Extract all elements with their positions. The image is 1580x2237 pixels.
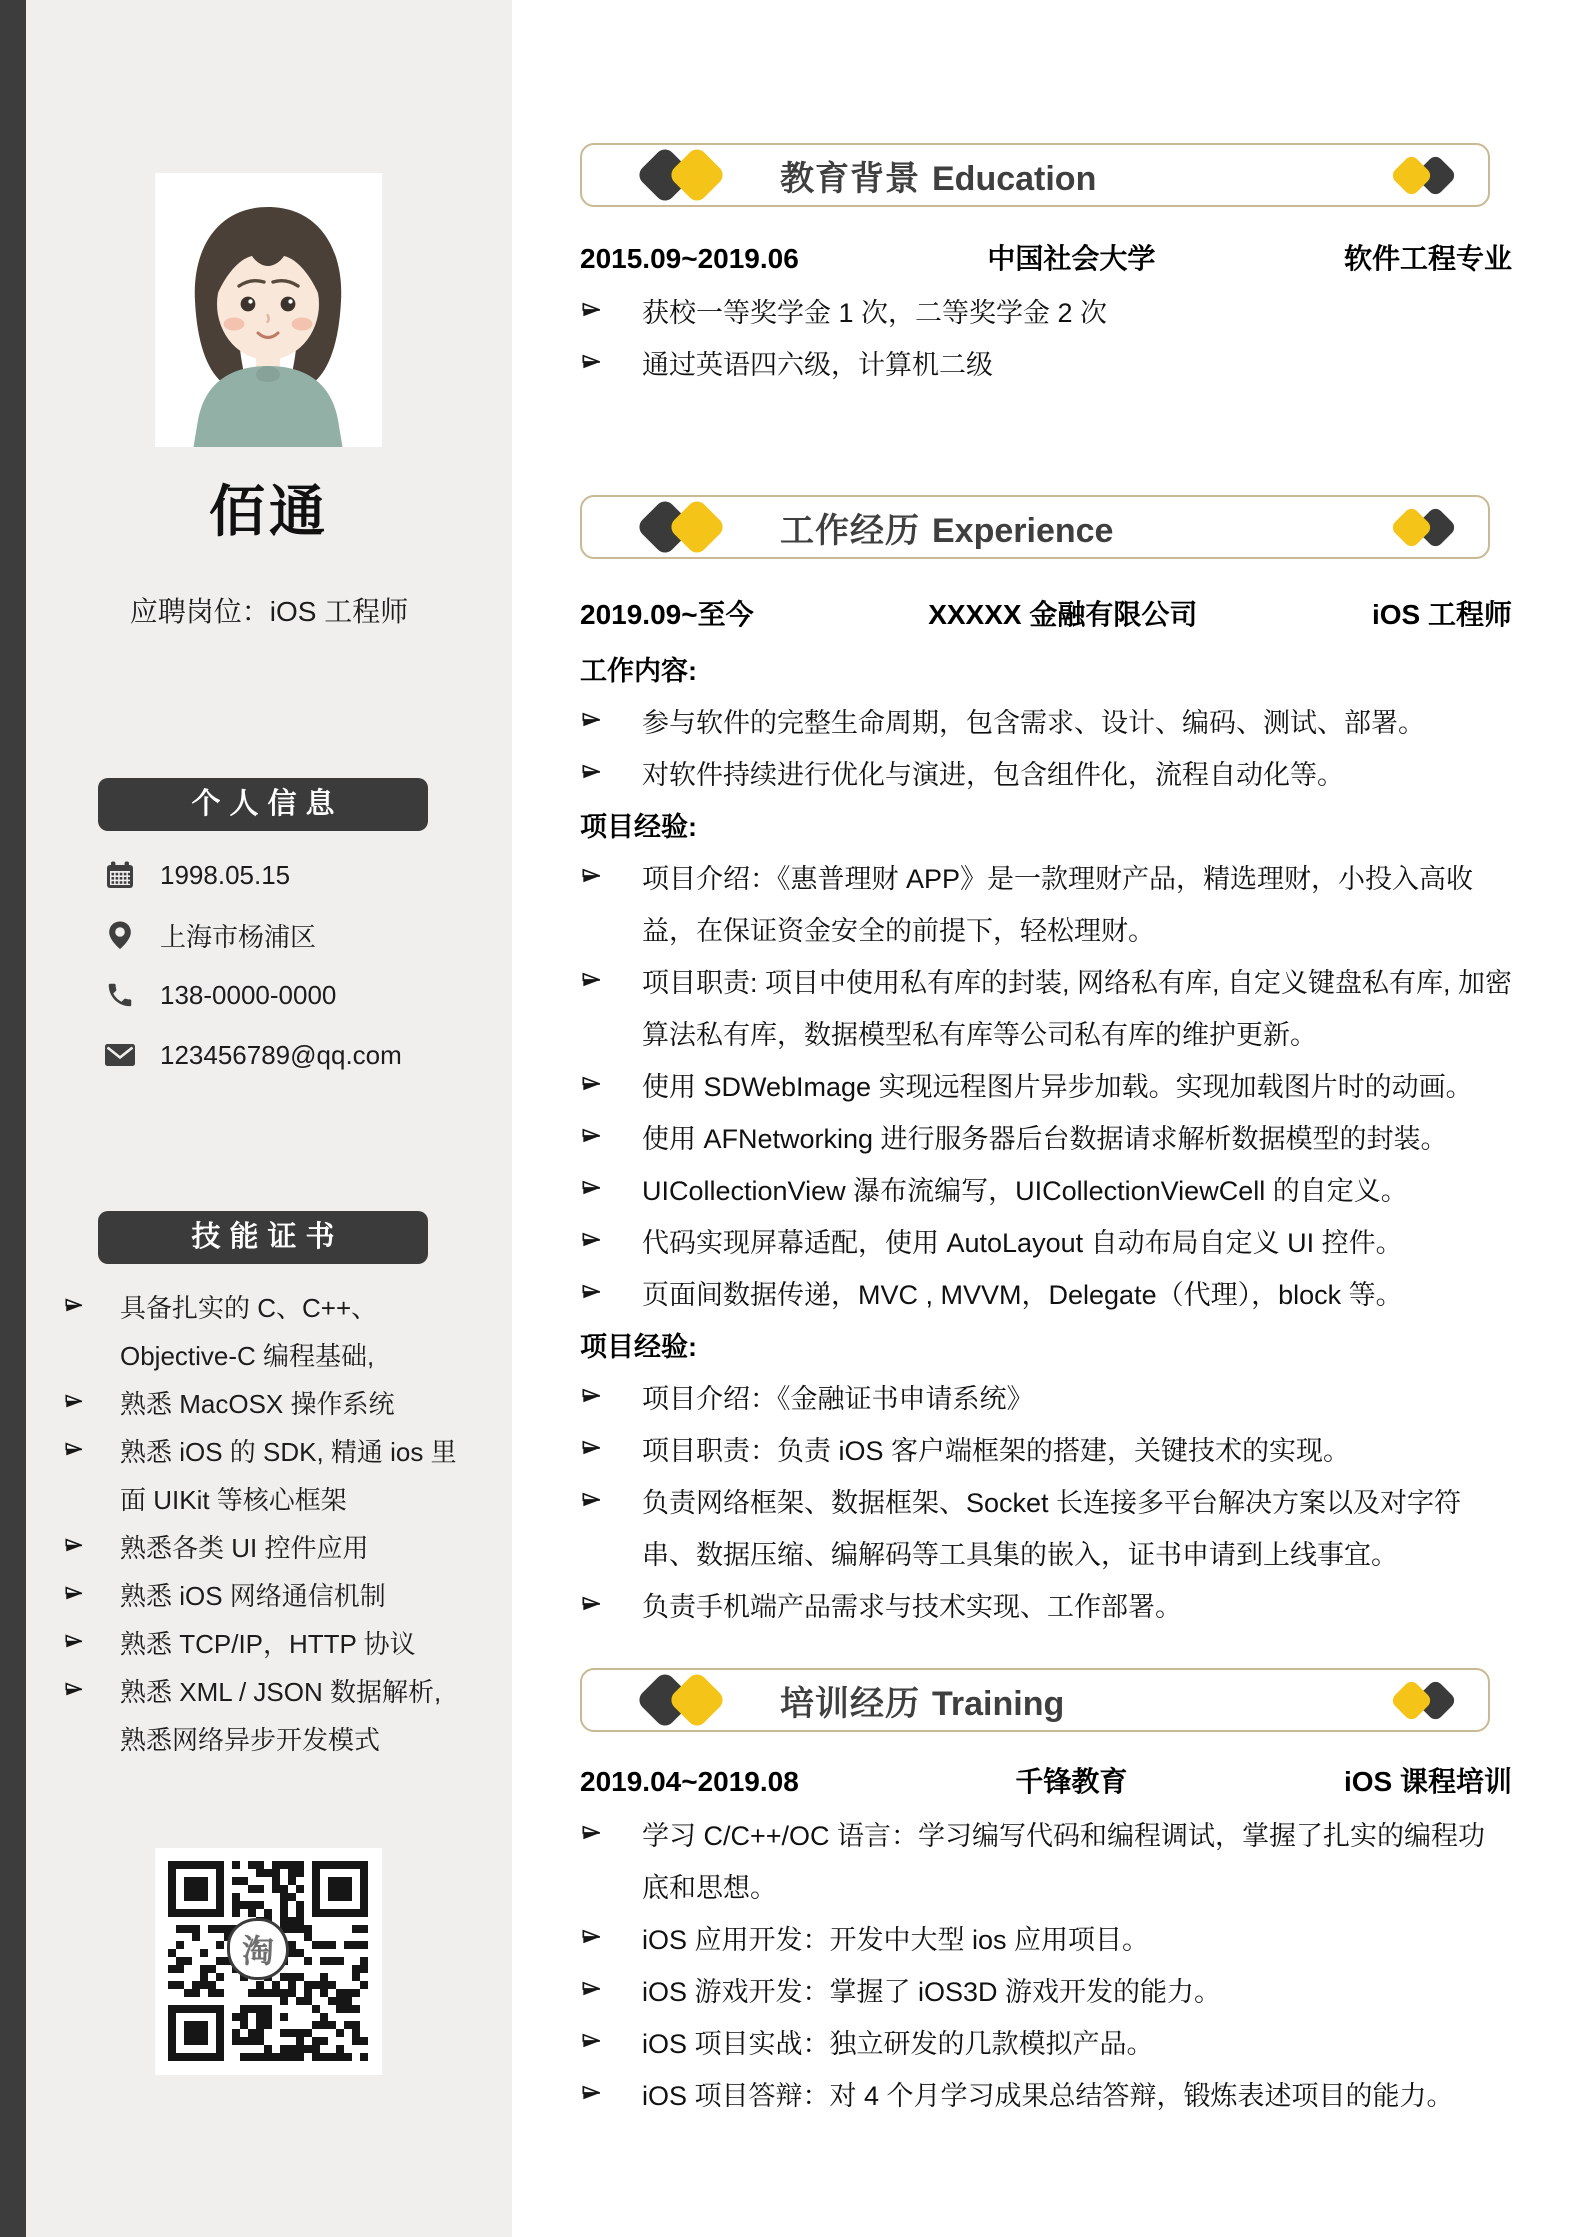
sidebar: 佰通 应聘岗位：iOS 工程师 个人信息 1998.05.15 上海市杨浦区 1… (26, 0, 512, 2237)
bullet-text: 学习 C/C++/OC 语言：学习编写代码和编程调试，掌握了扎实的编程功底和思想… (642, 1821, 1485, 1903)
bullet-text: 负责网络框架、数据框架、Socket 长连接多平台解决方案以及对字符串、数据压缩… (642, 1488, 1461, 1570)
page-edge-strip (0, 0, 26, 2237)
bullet-item: iOS 游戏开发：掌握了 iOS3D 游戏开发的能力。 (580, 1966, 1512, 2018)
training-course: iOS 课程培训 (1344, 1760, 1512, 1800)
education-org: 中国社会大学 (987, 237, 1155, 277)
bullet-item: 项目介绍：《惠普理财 APP》是一款理财产品，精选理财，小投入高收益，在保证资金… (580, 853, 1512, 957)
training-header-bar: 培训经历Training (580, 1668, 1490, 1732)
skill-item: 具备扎实的 C、C++、Objective-C 编程基础, (65, 1284, 457, 1380)
candidate-name: 佰通 (26, 468, 512, 548)
skill-text: 熟悉 MacOSX 操作系统 (120, 1389, 394, 1419)
bullet-arrow-icon (582, 1178, 602, 1198)
bullet-arrow-icon (65, 1680, 84, 1699)
bullet-text: 通过英语四六级，计算机二级 (642, 350, 993, 380)
phone-value: 138-0000-0000 (160, 980, 336, 1011)
bullet-item: iOS 项目实战：独立研发的几款模拟产品。 (580, 2018, 1512, 2070)
experience-meta-row: 2019.09~至今 XXXXX 金融有限公司 iOS 工程师 (580, 593, 1512, 633)
project2-bullets: 项目介绍：《金融证书申请系统》 项目职责：负责 iOS 客户端框架的搭建，关键技… (580, 1373, 1512, 1633)
bullet-item: iOS 项目答辩：对 4 个月学习成果总结答辩，锻炼表述项目的能力。 (580, 2070, 1512, 2122)
personal-info-heading: 个人信息 (98, 778, 428, 831)
bullet-text: 项目职责: 项目中使用私有库的封装, 网络私有库, 自定义键盘私有库, 加密算法… (642, 968, 1512, 1050)
qr-center-badge: 淘 (227, 1918, 289, 1980)
skill-item: 熟悉 XML / JSON 数据解析, 熟悉网络异步开发模式 (65, 1668, 457, 1764)
bullet-text: 负责手机端产品需求与技术实现、工作部署。 (642, 1592, 1182, 1622)
bullet-item: iOS 应用开发：开发中大型 ios 应用项目。 (580, 1914, 1512, 1966)
section-title-en: Training (932, 1685, 1064, 1723)
bullet-item: 获校一等奖学金 1 次，二等奖学金 2 次 (580, 287, 1512, 339)
skill-text: 熟悉 TCP/IP，HTTP 协议 (120, 1629, 416, 1659)
skill-text: 熟悉各类 UI 控件应用 (120, 1533, 368, 1563)
bullet-arrow-icon (65, 1536, 84, 1555)
bullet-arrow-icon (582, 1823, 602, 1843)
training-date: 2019.04~2019.08 (580, 1766, 799, 1798)
info-row-email: 123456789@qq.com (104, 1025, 484, 1085)
bullet-text: 项目介绍：《金融证书申请系统》 (642, 1384, 1034, 1414)
training-org: 千锋教育 (1015, 1760, 1127, 1800)
bullet-arrow-icon (582, 1230, 602, 1250)
experience-company: XXXXX 金融有限公司 (928, 593, 1197, 633)
bullet-arrow-icon (582, 2031, 602, 2051)
bullet-text: 获校一等奖学金 1 次，二等奖学金 2 次 (642, 298, 1107, 328)
bullet-text: 使用 SDWebImage 实现远程图片异步加载。实现加载图片时的动画。 (642, 1072, 1473, 1102)
bullet-arrow-icon (65, 1296, 84, 1315)
section-title-en: Experience (932, 512, 1113, 550)
bullet-item: 通过英语四六级，计算机二级 (580, 339, 1512, 391)
info-row-birthday: 1998.05.15 (104, 845, 484, 905)
experience-header-bar: 工作经历Experience (580, 495, 1490, 559)
bullet-item: 学习 C/C++/OC 语言：学习编写代码和编程调试，掌握了扎实的编程功底和思想… (580, 1810, 1512, 1914)
skill-text: 熟悉 XML / JSON 数据解析, 熟悉网络异步开发模式 (120, 1677, 441, 1755)
bullet-arrow-icon (65, 1392, 84, 1411)
section-title: 工作经历Experience (736, 503, 1390, 552)
bullet-arrow-icon (65, 1584, 84, 1603)
section-title: 教育背景Education (736, 151, 1390, 200)
bullet-text: UICollectionView 瀑布流编写，UICollectionViewC… (642, 1176, 1408, 1206)
experience-title-role: iOS 工程师 (1372, 593, 1512, 633)
bullet-text: 对软件持续进行优化与演进，包含组件化，流程自动化等。 (642, 760, 1344, 790)
education-header-bar: 教育背景Education (580, 143, 1490, 207)
bullet-text: 代码实现屏幕适配，使用 AutoLayout 自动布局自定义 UI 控件。 (642, 1228, 1403, 1258)
section-title: 培训经历Training (736, 1676, 1390, 1725)
section-title-zh: 教育背景 (780, 160, 920, 198)
bullet-arrow-icon (582, 1126, 602, 1146)
bullet-arrow-icon (582, 300, 602, 320)
avatar-photo (155, 173, 382, 447)
info-row-phone: 138-0000-0000 (104, 965, 484, 1025)
skills-list: 具备扎实的 C、C++、Objective-C 编程基础, 熟悉 MacOSX … (65, 1284, 457, 1764)
bullet-arrow-icon (582, 762, 602, 782)
phone-icon (104, 979, 136, 1011)
bullet-arrow-icon (582, 1594, 602, 1614)
bullet-item: 项目职责: 项目中使用私有库的封装, 网络私有库, 自定义键盘私有库, 加密算法… (580, 957, 1512, 1061)
email-value: 123456789@qq.com (160, 1040, 402, 1071)
project2-label: 项目经验: (580, 1321, 1512, 1373)
skill-item: 熟悉 MacOSX 操作系统 (65, 1380, 457, 1428)
bullet-text: iOS 应用开发：开发中大型 ios 应用项目。 (642, 1925, 1149, 1955)
bullet-item: 项目介绍：《金融证书申请系统》 (580, 1373, 1512, 1425)
education-major: 软件工程专业 (1344, 237, 1512, 277)
qr-code: 淘 (155, 1848, 382, 2075)
diamond-pair-icon-right (1390, 145, 1462, 205)
bullet-arrow-icon (582, 866, 602, 886)
training-meta-row: 2019.04~2019.08 千锋教育 iOS 课程培训 (580, 1760, 1512, 1800)
bullet-text: iOS 游戏开发：掌握了 iOS3D 游戏开发的能力。 (642, 1977, 1221, 2007)
work-content-label: 工作内容: (580, 645, 1512, 697)
skill-text: 熟悉 iOS 的 SDK, 精通 ios 里面 UIKit 等核心框架 (120, 1437, 457, 1515)
bullet-text: 页面间数据传递，MVC , MVVM，Delegate（代理），block 等。 (642, 1280, 1403, 1310)
email-icon (104, 1039, 136, 1071)
training-bullets: 学习 C/C++/OC 语言：学习编写代码和编程调试，掌握了扎实的编程功底和思想… (580, 1810, 1512, 2122)
diamond-pair-icon-left (640, 145, 736, 205)
diamond-pair-icon-left (640, 497, 736, 557)
bullet-item: 页面间数据传递，MVC , MVVM，Delegate（代理），block 等。 (580, 1269, 1512, 1321)
bullet-arrow-icon (582, 1386, 602, 1406)
bullet-item: 项目职责：负责 iOS 客户端框架的搭建，关键技术的实现。 (580, 1425, 1512, 1477)
personal-info-list: 1998.05.15 上海市杨浦区 138-0000-0000 12345678… (104, 845, 484, 1085)
bullet-item: UICollectionView 瀑布流编写，UICollectionViewC… (580, 1165, 1512, 1217)
training-section: 培训经历Training 2019.04~2019.08 千锋教育 iOS 课程… (580, 1668, 1512, 2122)
bullet-item: 使用 AFNetworking 进行服务器后台数据请求解析数据模型的封装。 (580, 1113, 1512, 1165)
section-title-zh: 工作经历 (780, 512, 920, 550)
education-meta-row: 2015.09~2019.06 中国社会大学 软件工程专业 (580, 237, 1512, 277)
bullet-item: 负责手机端产品需求与技术实现、工作部署。 (580, 1581, 1512, 1633)
bullet-arrow-icon (582, 1282, 602, 1302)
address-value: 上海市杨浦区 (160, 917, 316, 954)
bullet-item: 对软件持续进行优化与演进，包含组件化，流程自动化等。 (580, 749, 1512, 801)
experience-date: 2019.09~至今 (580, 593, 754, 633)
section-title-en: Education (932, 160, 1096, 198)
bullet-text: 参与软件的完整生命周期，包含需求、设计、编码、测试、部署。 (642, 708, 1425, 738)
diamond-pair-icon-right (1390, 1670, 1462, 1730)
skill-item: 熟悉各类 UI 控件应用 (65, 1524, 457, 1572)
bullet-arrow-icon (582, 1979, 602, 1999)
bullet-item: 负责网络框架、数据框架、Socket 长连接多平台解决方案以及对字符串、数据压缩… (580, 1477, 1512, 1581)
diamond-pair-icon-right (1390, 497, 1462, 557)
skill-item: 熟悉 TCP/IP，HTTP 协议 (65, 1620, 457, 1668)
skill-text: 熟悉 iOS 网络通信机制 (120, 1581, 386, 1611)
bullet-text: 项目介绍：《惠普理财 APP》是一款理财产品，精选理财，小投入高收益，在保证资金… (642, 864, 1473, 946)
location-icon (104, 919, 136, 951)
education-bullets: 获校一等奖学金 1 次，二等奖学金 2 次 通过英语四六级，计算机二级 (580, 287, 1512, 391)
skill-item: 熟悉 iOS 网络通信机制 (65, 1572, 457, 1620)
bullet-text: 使用 AFNetworking 进行服务器后台数据请求解析数据模型的封装。 (642, 1124, 1448, 1154)
bullet-text: iOS 项目实战：独立研发的几款模拟产品。 (642, 2029, 1154, 2059)
experience-section: 工作经历Experience 2019.09~至今 XXXXX 金融有限公司 i… (580, 495, 1512, 1633)
bullet-arrow-icon (65, 1440, 84, 1459)
work-content-bullets: 参与软件的完整生命周期，包含需求、设计、编码、测试、部署。 对软件持续进行优化与… (580, 697, 1512, 801)
bullet-arrow-icon (582, 710, 602, 730)
bullet-item: 代码实现屏幕适配，使用 AutoLayout 自动布局自定义 UI 控件。 (580, 1217, 1512, 1269)
info-row-address: 上海市杨浦区 (104, 905, 484, 965)
bullet-arrow-icon (582, 2083, 602, 2103)
bullet-arrow-icon (582, 1074, 602, 1094)
education-section: 教育背景Education 2015.09~2019.06 中国社会大学 软件工… (580, 143, 1512, 391)
birthday-value: 1998.05.15 (160, 860, 290, 891)
applied-position: 应聘岗位：iOS 工程师 (26, 590, 512, 630)
bullet-arrow-icon (582, 970, 602, 990)
bullet-text: 项目职责：负责 iOS 客户端框架的搭建，关键技术的实现。 (642, 1436, 1350, 1466)
skills-heading: 技能证书 (98, 1211, 428, 1264)
skill-item: 熟悉 iOS 的 SDK, 精通 ios 里面 UIKit 等核心框架 (65, 1428, 457, 1524)
skill-text: 具备扎实的 C、C++、Objective-C 编程基础, (120, 1293, 377, 1371)
bullet-arrow-icon (582, 1927, 602, 1947)
bullet-text: iOS 项目答辩：对 4 个月学习成果总结答辩，锻炼表述项目的能力。 (642, 2081, 1454, 2111)
bullet-arrow-icon (582, 352, 602, 372)
project1-label: 项目经验: (580, 801, 1512, 853)
bullet-arrow-icon (582, 1490, 602, 1510)
education-date: 2015.09~2019.06 (580, 243, 799, 275)
project1-bullets: 项目介绍：《惠普理财 APP》是一款理财产品，精选理财，小投入高收益，在保证资金… (580, 853, 1512, 1321)
diamond-pair-icon-left (640, 1670, 736, 1730)
calendar-icon (104, 859, 136, 891)
bullet-item: 使用 SDWebImage 实现远程图片异步加载。实现加载图片时的动画。 (580, 1061, 1512, 1113)
section-title-zh: 培训经历 (780, 1685, 920, 1723)
bullet-arrow-icon (65, 1632, 84, 1651)
bullet-item: 参与软件的完整生命周期，包含需求、设计、编码、测试、部署。 (580, 697, 1512, 749)
bullet-arrow-icon (582, 1438, 602, 1458)
